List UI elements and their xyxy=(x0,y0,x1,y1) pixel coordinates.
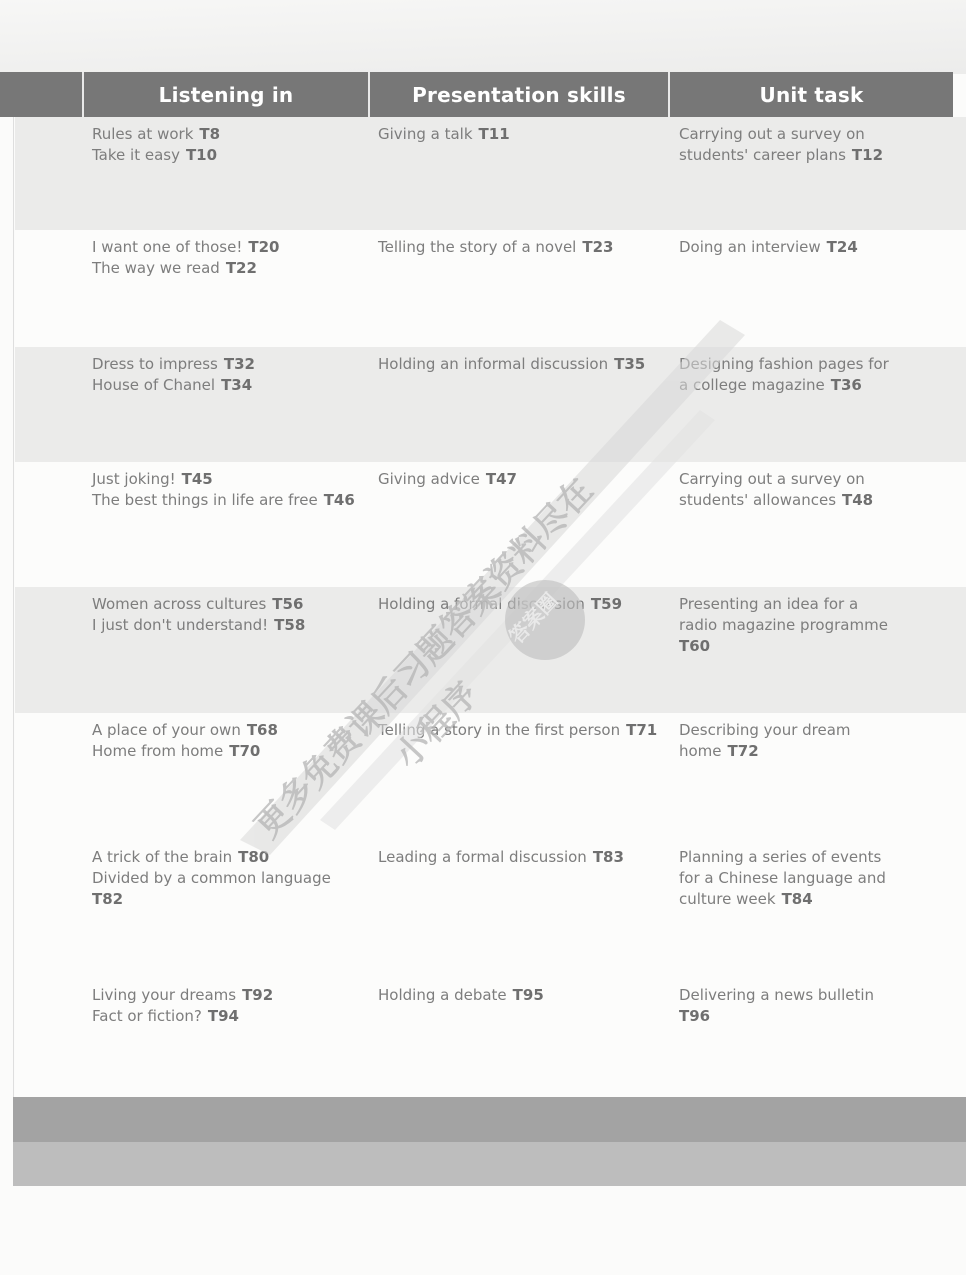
entry-title: Describing your dream xyxy=(679,721,851,739)
footer-band-dark xyxy=(13,1097,966,1142)
cell-line: Giving a talkT11 xyxy=(378,124,510,145)
entry-title: I want one of those! xyxy=(92,238,242,256)
entry-title: culture week xyxy=(679,890,776,908)
cell-line: homeT72 xyxy=(679,741,851,762)
table-row: Dress to impressT32House of ChanelT34Hol… xyxy=(15,347,966,462)
cell-line: T96 xyxy=(679,1006,874,1027)
page-reference: T58 xyxy=(274,616,305,634)
table-row: Just joking!T45The best things in life a… xyxy=(15,462,966,587)
entry-title: Holding an informal discussion xyxy=(378,355,608,373)
entry-title: Divided by a common language xyxy=(92,869,331,887)
entry-title: home xyxy=(679,742,722,760)
cell-line: A place of your ownT68 xyxy=(92,720,278,741)
presentation-skills-cell: Telling a story in the first personT71 xyxy=(378,720,657,741)
header-unit-task: Unit task xyxy=(670,72,953,117)
page-reference: T96 xyxy=(679,1007,710,1025)
table-row: Women across culturesT56I just don't und… xyxy=(15,587,966,713)
listening-in-cell: Living your dreamsT92Fact or fiction?T94 xyxy=(92,985,273,1027)
unit-task-cell: Presenting an idea for aradio magazine p… xyxy=(679,594,888,657)
entry-title: Presenting an idea for a xyxy=(679,595,858,613)
page-reference: T80 xyxy=(238,848,269,866)
cell-line: Planning a series of events xyxy=(679,847,886,868)
page-reference: T92 xyxy=(242,986,273,1004)
entry-title: for a Chinese language and xyxy=(679,869,886,887)
table-row: Living your dreamsT92Fact or fiction?T94… xyxy=(15,978,966,1097)
entry-title: The way we read xyxy=(92,259,220,277)
page-reference: T35 xyxy=(614,355,645,373)
entry-title: Doing an interview xyxy=(679,238,821,256)
entry-title: I just don't understand! xyxy=(92,616,268,634)
presentation-skills-cell: Leading a formal discussionT83 xyxy=(378,847,624,868)
table-row: A trick of the brainT80Divided by a comm… xyxy=(15,840,966,978)
page-reference: T11 xyxy=(479,125,510,143)
unit-task-cell: Describing your dreamhomeT72 xyxy=(679,720,851,762)
page-reference: T84 xyxy=(782,890,813,908)
page-reference: T46 xyxy=(324,491,355,509)
page-reference: T48 xyxy=(842,491,873,509)
page-reference: T24 xyxy=(827,238,858,256)
cell-line: students' allowancesT48 xyxy=(679,490,873,511)
entry-title: students' allowances xyxy=(679,491,836,509)
table-row: I want one of those!T20The way we readT2… xyxy=(15,230,966,347)
presentation-skills-cell: Telling the story of a novelT23 xyxy=(378,237,613,258)
cell-line: Delivering a news bulletin xyxy=(679,985,874,1006)
listening-in-cell: A trick of the brainT80Divided by a comm… xyxy=(92,847,331,910)
cell-line: Holding a debateT95 xyxy=(378,985,544,1006)
page-reference: T22 xyxy=(226,259,257,277)
page-reference: T20 xyxy=(248,238,279,256)
cell-line: Holding an informal discussionT35 xyxy=(378,354,645,375)
cell-line: Telling a story in the first personT71 xyxy=(378,720,657,741)
unit-task-cell: Designing fashion pages fora college mag… xyxy=(679,354,889,396)
cell-line: Home from homeT70 xyxy=(92,741,278,762)
page-reference: T71 xyxy=(626,721,657,739)
cell-line: Doing an interviewT24 xyxy=(679,237,858,258)
header-presentation-skills: Presentation skills xyxy=(370,72,668,117)
presentation-skills-cell: Giving a talkT11 xyxy=(378,124,510,145)
cell-line: culture weekT84 xyxy=(679,889,886,910)
entry-title: Telling the story of a novel xyxy=(378,238,576,256)
page-reference: T47 xyxy=(486,470,517,488)
page-reference: T23 xyxy=(582,238,613,256)
page-reference: T82 xyxy=(92,890,123,908)
listening-in-cell: Women across culturesT56I just don't und… xyxy=(92,594,305,636)
page-reference: T70 xyxy=(229,742,260,760)
entry-title: Carrying out a survey on xyxy=(679,470,865,488)
cell-line: Holding a formal discussionT59 xyxy=(378,594,622,615)
page-reference: T94 xyxy=(208,1007,239,1025)
presentation-skills-cell: Holding an informal discussionT35 xyxy=(378,354,645,375)
cell-line: radio magazine programme xyxy=(679,615,888,636)
entry-title: Living your dreams xyxy=(92,986,236,1004)
cell-line: Dress to impressT32 xyxy=(92,354,255,375)
footer-band-light xyxy=(13,1142,966,1186)
table-row: Rules at workT8Take it easyT10Giving a t… xyxy=(15,117,966,230)
entry-title: Dress to impress xyxy=(92,355,218,373)
entry-title: Delivering a news bulletin xyxy=(679,986,874,1004)
cell-line: for a Chinese language and xyxy=(679,868,886,889)
page-reference: T36 xyxy=(831,376,862,394)
entry-title: A place of your own xyxy=(92,721,241,739)
presentation-skills-cell: Holding a debateT95 xyxy=(378,985,544,1006)
cell-line: Women across culturesT56 xyxy=(92,594,305,615)
cell-line: Designing fashion pages for xyxy=(679,354,889,375)
entry-title: a college magazine xyxy=(679,376,825,394)
page-reference: T45 xyxy=(182,470,213,488)
entry-title: Rules at work xyxy=(92,125,193,143)
header-listening-in: Listening in xyxy=(84,72,368,117)
entry-title: Designing fashion pages for xyxy=(679,355,889,373)
page-reference: T10 xyxy=(186,146,217,164)
cell-line: Presenting an idea for a xyxy=(679,594,888,615)
cell-line: Describing your dream xyxy=(679,720,851,741)
cell-line: The best things in life are freeT46 xyxy=(92,490,355,511)
entry-title: Take it easy xyxy=(92,146,180,164)
entry-title: Giving a talk xyxy=(378,125,473,143)
cell-line: Living your dreamsT92 xyxy=(92,985,273,1006)
entry-title: Leading a formal discussion xyxy=(378,848,587,866)
cell-line: I just don't understand!T58 xyxy=(92,615,305,636)
entry-title: Fact or fiction? xyxy=(92,1007,202,1025)
entry-title: radio magazine programme xyxy=(679,616,888,634)
page-reference: T8 xyxy=(199,125,220,143)
cell-line: students' career plansT12 xyxy=(679,145,883,166)
page-reference: T32 xyxy=(224,355,255,373)
page-reference: T95 xyxy=(513,986,544,1004)
listening-in-cell: A place of your ownT68Home from homeT70 xyxy=(92,720,278,762)
entry-title: Holding a formal discussion xyxy=(378,595,585,613)
table-row: A place of your ownT68Home from homeT70T… xyxy=(15,713,966,840)
cell-line: I want one of those!T20 xyxy=(92,237,279,258)
entry-title: Planning a series of events xyxy=(679,848,881,866)
cell-line: Carrying out a survey on xyxy=(679,469,873,490)
presentation-skills-cell: Holding a formal discussionT59 xyxy=(378,594,622,615)
cell-line: Fact or fiction?T94 xyxy=(92,1006,273,1027)
page-reference: T34 xyxy=(221,376,252,394)
cell-line: Divided by a common language xyxy=(92,868,331,889)
cell-line: Telling the story of a novelT23 xyxy=(378,237,613,258)
left-margin-line xyxy=(13,117,14,1097)
entry-title: Holding a debate xyxy=(378,986,507,1004)
entry-title: The best things in life are free xyxy=(92,491,318,509)
page-reference: T12 xyxy=(852,146,883,164)
entry-title: Home from home xyxy=(92,742,223,760)
page-reference: T83 xyxy=(593,848,624,866)
page-reference: T59 xyxy=(591,595,622,613)
listening-in-cell: Rules at workT8Take it easyT10 xyxy=(92,124,220,166)
unit-task-cell: Planning a series of eventsfor a Chinese… xyxy=(679,847,886,910)
cell-line: Carrying out a survey on xyxy=(679,124,883,145)
cell-line: A trick of the brainT80 xyxy=(92,847,331,868)
entry-title: House of Chanel xyxy=(92,376,215,394)
cell-line: T82 xyxy=(92,889,331,910)
unit-task-cell: Carrying out a survey onstudents' career… xyxy=(679,124,883,166)
entry-title: Carrying out a survey on xyxy=(679,125,865,143)
cell-line: Just joking!T45 xyxy=(92,469,355,490)
cell-line: Leading a formal discussionT83 xyxy=(378,847,624,868)
cell-line: a college magazineT36 xyxy=(679,375,889,396)
unit-task-cell: Carrying out a survey onstudents' allowa… xyxy=(679,469,873,511)
entry-title: A trick of the brain xyxy=(92,848,232,866)
listening-in-cell: Dress to impressT32House of ChanelT34 xyxy=(92,354,255,396)
entry-title: Telling a story in the first person xyxy=(378,721,620,739)
entry-title: students' career plans xyxy=(679,146,846,164)
cell-line: Giving adviceT47 xyxy=(378,469,517,490)
table-header: Listening in Presentation skills Unit ta… xyxy=(0,72,953,117)
page-reference: T72 xyxy=(728,742,759,760)
unit-task-cell: Delivering a news bulletinT96 xyxy=(679,985,874,1027)
cell-line: The way we readT22 xyxy=(92,258,279,279)
listening-in-cell: I want one of those!T20The way we readT2… xyxy=(92,237,279,279)
page-reference: T68 xyxy=(247,721,278,739)
entry-title: Just joking! xyxy=(92,470,176,488)
page-reference: T60 xyxy=(679,637,710,655)
cell-line: Take it easyT10 xyxy=(92,145,220,166)
listening-in-cell: Just joking!T45The best things in life a… xyxy=(92,469,355,511)
entry-title: Giving advice xyxy=(378,470,480,488)
cell-line: House of ChanelT34 xyxy=(92,375,255,396)
unit-task-cell: Doing an interviewT24 xyxy=(679,237,858,258)
cell-line: T60 xyxy=(679,636,888,657)
cell-line: Rules at workT8 xyxy=(92,124,220,145)
page-top-margin xyxy=(0,0,966,74)
presentation-skills-cell: Giving adviceT47 xyxy=(378,469,517,490)
entry-title: Women across cultures xyxy=(92,595,266,613)
page-reference: T56 xyxy=(272,595,303,613)
